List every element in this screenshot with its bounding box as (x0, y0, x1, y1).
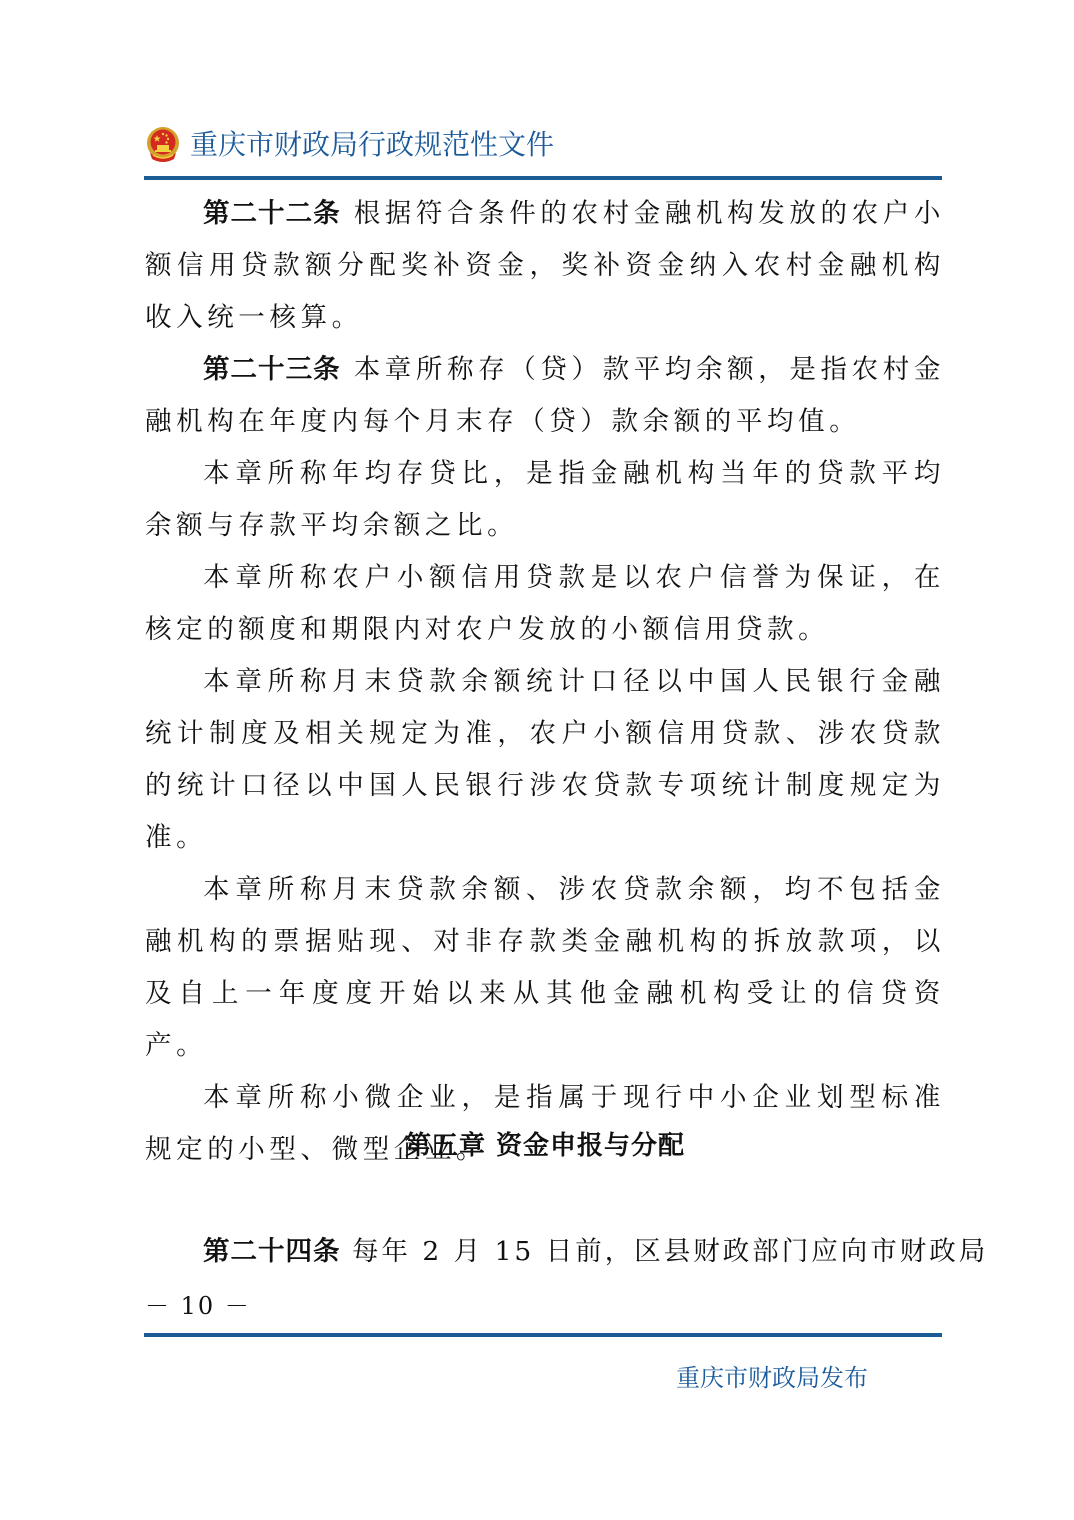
article-24: 第二十四条 每年 2 月 15 日前，区县财政部门应向市财政局 (145, 1226, 945, 1278)
header-divider (144, 176, 942, 180)
document-body: 第二十二条 根据符合条件的农村金融机构发放的农户小额信用贷款额分配奖补资金，奖补… (145, 188, 945, 1176)
paragraph: 本章所称月末贷款余额、涉农贷款余额，均不包括金融机构的票据贴现、对非存款类金融机… (145, 864, 945, 1072)
header-title: 重庆市财政局行政规范性文件 (190, 125, 554, 165)
paragraph: 本章所称年均存贷比，是指金融机构当年的贷款平均余额与存款平均余额之比。 (145, 448, 945, 552)
footer-divider (144, 1333, 942, 1337)
article-label: 第二十四条 (203, 1236, 341, 1267)
document-header: 重庆市财政局行政规范性文件 (144, 122, 554, 168)
article-22: 第二十二条 根据符合条件的农村金融机构发放的农户小额信用贷款额分配奖补资金，奖补… (145, 188, 945, 344)
page-number: － 10 － (145, 1288, 251, 1324)
publisher-label: 重庆市财政局发布 (676, 1360, 868, 1396)
article-label: 第二十二条 (203, 198, 341, 229)
article-text: 每年 2 月 15 日前，区县财政部门应向市财政局 (352, 1236, 988, 1267)
paragraph: 本章所称农户小额信用贷款是以农户信誉为保证，在核定的额度和期限内对农户发放的小额… (145, 552, 945, 656)
article-label: 第二十三条 (203, 354, 341, 385)
national-emblem-icon (144, 125, 182, 165)
chapter-heading: 第五章 资金申报与分配 (145, 1120, 945, 1172)
article-23: 第二十三条 本章所称存（贷）款平均余额，是指农村金融机构在年度内每个月末存（贷）… (145, 344, 945, 448)
paragraph: 本章所称月末贷款余额统计口径以中国人民银行金融统计制度及相关规定为准，农户小额信… (145, 656, 945, 864)
